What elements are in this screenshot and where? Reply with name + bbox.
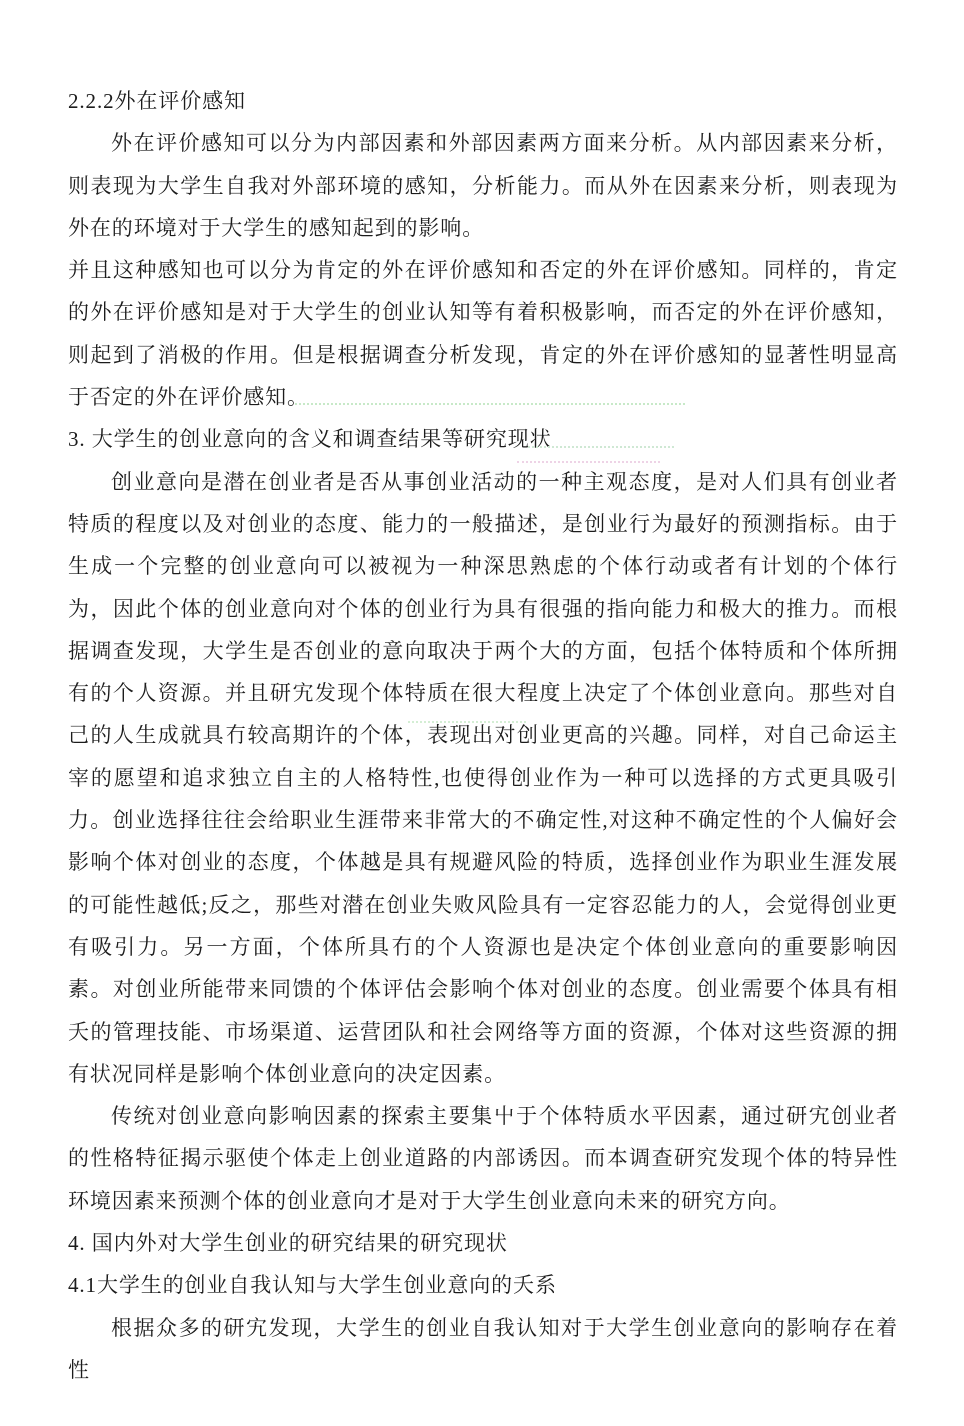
document-content: 2.2.2外在评价感知 外在评价感知可以分为内部因素和外部因素两方面来分析。从内… (68, 80, 898, 1391)
section-heading-4-domestic-foreign-research: 4. 国内外对大学生创业的研究结果的研究现状 (68, 1222, 898, 1264)
section-heading-4-1-self-cognition-relation: 4.1大学生的创业自我认知与大学生创业意向的夭系 (68, 1264, 898, 1306)
document-page: 2.2.2外在评价感知 外在评价感知可以分为内部因素和外部因素两方面来分析。从内… (0, 0, 964, 1426)
paragraph-entrepreneurial-intention-analysis: 创业意向是潜在创业者是否从事创业活动的一种主观态度，是对人们具有创业者特质的程度… (68, 461, 898, 1095)
scan-artifact-dotted-line-3 (517, 461, 660, 463)
section-heading-3-entrepreneurial-intention: 3. 大学生的创业意向的含义和调查结果等研究现状 (68, 418, 898, 460)
paragraph-research-findings-truncated: 根据众多的研宄发现，大学生的创业自我认知对于大学生创业意向的影响存在着性 (68, 1307, 898, 1392)
scan-artifact-dotted-line-1 (295, 403, 685, 405)
paragraph-positive-negative-evaluation: 并且这种感知也可以分为肯定的外在评价感知和否定的外在评价感知。同样的，肯定的外在… (68, 249, 898, 418)
scan-artifact-dotted-line-4 (408, 721, 526, 723)
paragraph-traditional-exploration: 传统对创业意向影响因素的探索主要集屮于个体特质水平因素，通过研宄创业者的性格特征… (68, 1095, 898, 1222)
scan-artifact-dotted-line-2 (528, 446, 674, 448)
section-heading-2-2-2-external-evaluation: 2.2.2外在评价感知 (68, 80, 898, 122)
paragraph-external-evaluation-definition: 外在评价感知可以分为内部因素和外部因素两方面来分析。从内部因素来分析，则表现为大… (68, 122, 898, 249)
